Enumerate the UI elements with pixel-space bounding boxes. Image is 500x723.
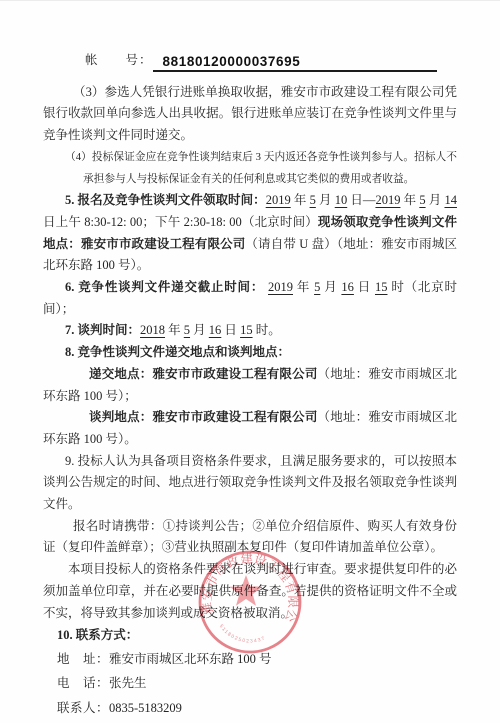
section-6-paragraph: 6. 竞争性谈判文件递交截止时间： 2019 年 5 月 16 日 15 时（北… [43, 277, 457, 320]
clause-3-paragraph: （3）参选人凭银行进账单换取收据，雅安市市政建设工程有限公司凭银行收款回单向参选… [43, 82, 457, 147]
text-run: 日 [354, 280, 375, 294]
phone-label: 电 话： [57, 676, 109, 690]
address-line: 地 址：雅安市雨城区北环东路 100 号 [57, 647, 457, 672]
negotiation-location-paragraph: 谈判地点：雅安市市政建设工程有限公司（地址：雅安市雨城区北环东路 100 号）。 [43, 407, 457, 450]
text-run: 日 [221, 323, 240, 337]
text-run: 月 [320, 280, 341, 294]
section-8-heading: 8. 竞争性谈判文件递交地点和谈判地点： [43, 342, 457, 364]
account-number: 88180120000037695 [153, 53, 437, 72]
negotiation-hour: 15 [240, 323, 253, 337]
pickup-start-year: 2019 [266, 193, 291, 207]
section-5-heading: 5. 报名及竞争性谈判文件领取时间： [65, 193, 266, 207]
address-value: 雅安市雨城区北环东路 100 号 [109, 652, 272, 666]
text-run: 日— [347, 193, 375, 207]
pickup-end-year: 2019 [375, 193, 400, 207]
submit-location-lead: 递交地点：雅安市市政建设工程有限公司 [89, 367, 318, 381]
clause-4-paragraph: （4）投标保证金应在竞争性谈判结束后 3 天内返还各竞争性谈判参与人。招标人不承… [83, 147, 457, 190]
text-run: 月 [316, 193, 335, 207]
submit-location-paragraph: 递交地点：雅安市市政建设工程有限公司（地址：雅安市雨城区北环东路 100 号）； [43, 364, 457, 407]
text-run: 年 [165, 323, 184, 337]
contact-person-value: 0835-5183209 [109, 701, 182, 715]
phone-value: 张先生 [109, 676, 147, 690]
text-run: 年 [293, 280, 314, 294]
section-9-paragraph: 9. 投标人认为具备项目资格条件要求，且满足服务要求的，可以按照本谈判公告规定的… [43, 451, 457, 516]
phone-line: 电 话：张先生 [57, 671, 457, 696]
negotiation-day: 16 [209, 323, 222, 337]
section-5-paragraph: 5. 报名及竞争性谈判文件领取时间：2019 年 5 月 10 日—2019 年… [43, 190, 457, 277]
deadline-hour: 15 [375, 280, 388, 294]
pickup-hours-text: 日上午 8:30-12: 00；下午 2:30-18: 00（北京时间） [43, 215, 318, 229]
qualification-review-paragraph: 本项目投标人的资格条件要求在谈判时进行审查。要求提供复印件的必须加盖单位印章，并… [43, 559, 457, 624]
section-6-heading: 6. 竞争性谈判文件递交截止时间： [65, 280, 264, 294]
bring-items-paragraph: 报名时请携带：①持谈判公告；②单位介绍信原件、购买人有效身份证（复印件盖鲜章）；… [43, 516, 457, 559]
text-run: 年 [291, 193, 310, 207]
address-label: 地 址： [57, 652, 109, 666]
negotiation-year: 2018 [140, 323, 165, 337]
pickup-end-day: 14 [444, 193, 457, 207]
document-page: 帐 号： 88180120000037695 （3）参选人凭银行进账单换取收据，… [0, 0, 500, 723]
text-run: 月 [426, 193, 445, 207]
contact-person-line: 联系人：0835-5183209 [57, 696, 457, 721]
contact-person-label: 联系人： [57, 701, 109, 715]
account-label: 帐 号： [85, 50, 153, 72]
section-7-paragraph: 7. 谈判时间：2018 年 5 月 16 日 15 时。 [43, 320, 457, 342]
deadline-year: 2019 [268, 280, 293, 294]
deadline-day: 16 [341, 280, 354, 294]
pickup-start-day: 10 [335, 193, 348, 207]
account-row: 帐 号： 88180120000037695 [85, 50, 437, 72]
negotiation-location-lead: 谈判地点：雅安市市政建设工程有限公司 [89, 410, 318, 424]
text-run: 月 [190, 323, 209, 337]
section-7-heading: 7. 谈判时间： [65, 323, 140, 337]
text-run: 时。 [253, 323, 281, 337]
text-run: 年 [400, 193, 419, 207]
section-10-heading: 10. 联系方式： [43, 625, 457, 647]
